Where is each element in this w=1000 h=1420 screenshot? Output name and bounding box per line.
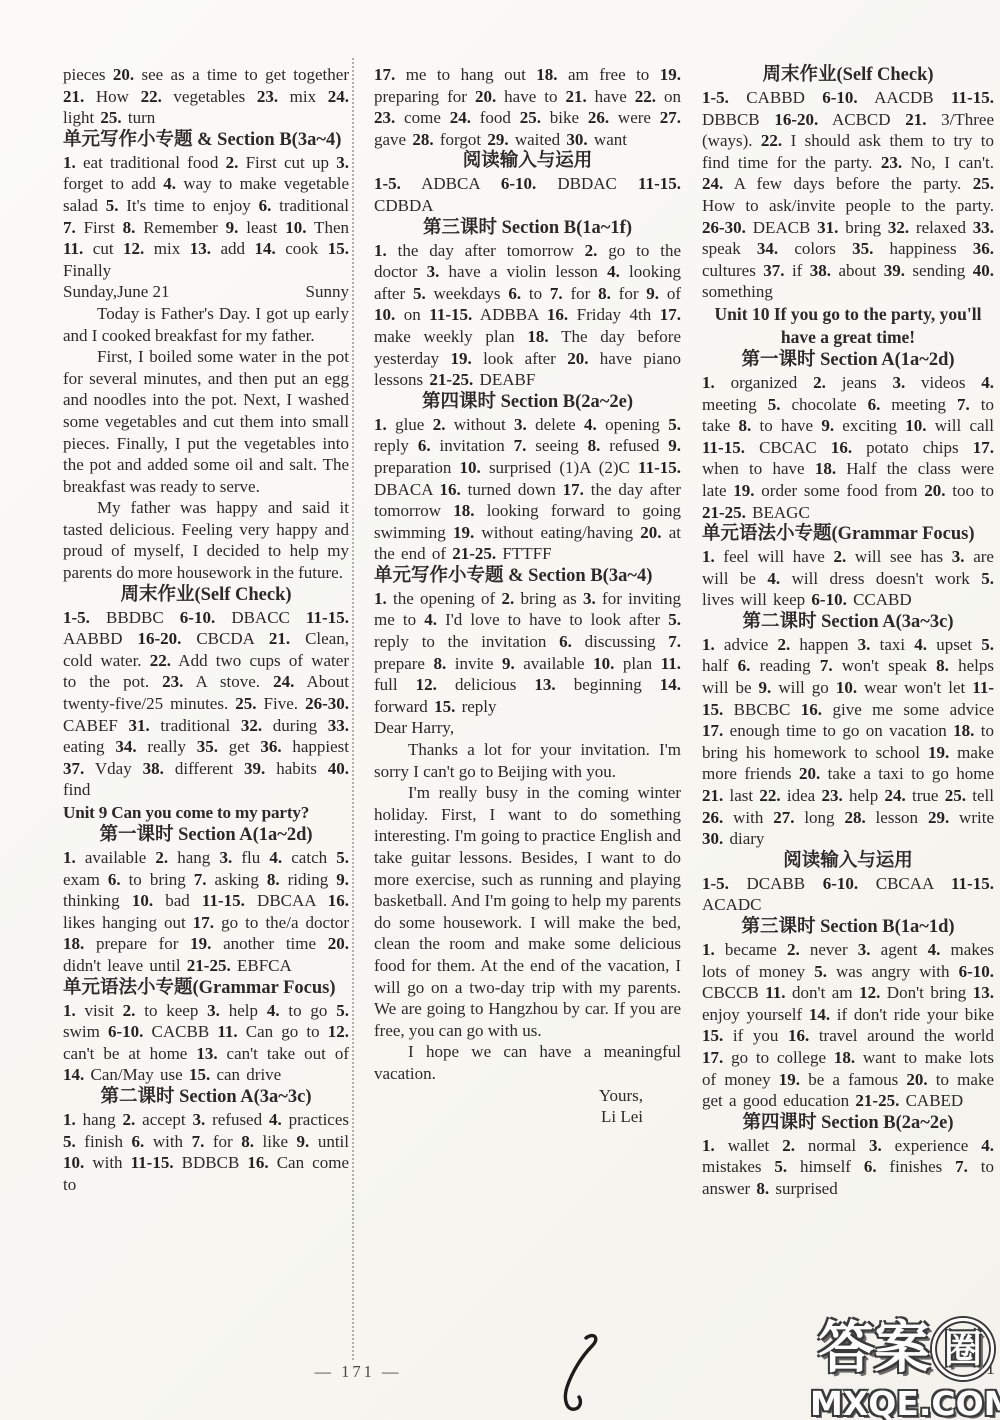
watermark-text: 答案	[818, 1319, 930, 1379]
diary-paragraph: My father was happy and said it tasted d…	[63, 497, 349, 583]
writing-topic-heading: 单元写作小专题 & Section B(3a~4)	[374, 565, 681, 588]
lesson4-answers: 1. glue 2. without 3. delete 4. opening …	[374, 414, 681, 565]
writing-topic-heading: 单元写作小专题 & Section B(3a~4)	[63, 129, 349, 152]
left-column: pieces 20. see as a time to get together…	[63, 64, 349, 1195]
right-column: 周末作业(Self Check)1-5. CABBD 6-10. AACDB 1…	[702, 64, 994, 1200]
writing-answers: 1. the opening of 2. bring as 3. for inv…	[374, 588, 681, 718]
dateline-weather: Sunny	[306, 281, 349, 303]
middle-column: 17. me to hang out 18. am free to 19. pr…	[374, 64, 681, 1128]
lesson3-answers: 1. the day after tomorrow 2. go to the d…	[374, 240, 681, 391]
weekend-homework-answers: 1-5. BBDBC 6-10. DBACC 11-15. AABBD 16-2…	[63, 607, 349, 801]
grammar-focus-answers: 1. visit 2. to keep 3. help 4. to go 5. …	[63, 1000, 349, 1086]
lesson3-heading: 第三课时 Section B(1a~1f)	[374, 217, 681, 240]
watermark-logo: 答案圈	[810, 1318, 1000, 1380]
lesson1-answers: 1. available 2. hang 3. flu 4. catch 5. …	[63, 847, 349, 977]
lesson2-heading: 第二课时 Section A(3a~3c)	[702, 611, 994, 634]
lesson4-heading: 第四课时 Section B(2a~2e)	[374, 391, 681, 414]
dateline-date: Sunday,June 21	[63, 281, 170, 303]
reading-answers: 1-5. ADBCA 6-10. DBDAC 11-15. CDBDA	[374, 173, 681, 216]
column-separator	[352, 58, 354, 1360]
diary-dateline: Sunday,June 21Sunny	[63, 281, 349, 303]
lesson2-answers: 1. advice 2. happen 3. taxi 4. upset 5. …	[702, 634, 994, 850]
lesson1-heading: 第一课时 Section A(1a~2d)	[63, 824, 349, 847]
grammar-focus-answers: 1. feel will have 2. will see has 3. are…	[702, 546, 994, 611]
answers-continued: 17. me to hang out 18. am free to 19. pr…	[374, 64, 681, 150]
grammar-focus-heading: 单元语法小专题(Grammar Focus)	[702, 523, 994, 546]
unit10-title: Unit 10 If you go to the party, you'll h…	[702, 303, 994, 349]
grammar-focus-heading: 单元语法小专题(Grammar Focus)	[63, 977, 349, 1000]
lesson1-answers: 1. organized 2. jeans 3. videos 4. meeti…	[702, 372, 994, 523]
reading-answers: 1-5. DCABB 6-10. CBCAA 11-15. ACADC	[702, 873, 994, 916]
lesson4-answers: 1. wallet 2. normal 3. experience 4. mis…	[702, 1135, 994, 1200]
writing-answers: 1. eat traditional food 2. First cut up …	[63, 152, 349, 282]
diary-paragraph: Today is Father's Day. I got up early an…	[63, 303, 349, 346]
watermark: 答案圈 MXQE.COM	[810, 1318, 1000, 1420]
scanned-answer-page: pieces 20. see as a time to get together…	[0, 0, 1000, 1420]
lesson3-answers: 1. became 2. never 3. agent 4. makes lot…	[702, 939, 994, 1112]
unit9-title: Unit 9 Can you come to my party?	[63, 801, 349, 824]
lesson4-heading: 第四课时 Section B(2a~2e)	[702, 1112, 994, 1135]
letter-paragraph: I hope we can have a meaningful vacation…	[374, 1041, 681, 1084]
lesson1-heading: 第一课时 Section A(1a~2d)	[702, 349, 994, 372]
weekend-homework-heading: 周末作业(Self Check)	[63, 584, 349, 607]
letter-paragraph: Thanks a lot for your invitation. I'm so…	[374, 739, 681, 782]
lesson3-heading: 第三课时 Section B(1a~1d)	[702, 916, 994, 939]
handwritten-mark	[548, 1332, 612, 1420]
letter-paragraph: I'm really busy in the coming winter hol…	[374, 782, 681, 1041]
diary-paragraph: First, I boiled some water in the pot fo…	[63, 346, 349, 497]
watermark-circled-char: 圈	[932, 1318, 994, 1380]
lesson2-heading: 第二课时 Section A(3a~3c)	[63, 1086, 349, 1109]
letter-closing: Yours,	[374, 1085, 681, 1107]
watermark-site: MXQE.COM	[810, 1384, 1000, 1420]
letter-salutation: Dear Harry,	[374, 717, 681, 739]
reading-heading: 阅读输入与运用	[374, 150, 681, 173]
answers-continued: pieces 20. see as a time to get together…	[63, 64, 349, 129]
letter-signature: Li Lei	[374, 1106, 681, 1128]
weekend-homework-heading: 周末作业(Self Check)	[702, 64, 994, 87]
page-number: — 171 —	[296, 1362, 420, 1382]
reading-heading: 阅读输入与运用	[702, 850, 994, 873]
lesson2-answers: 1. hang 2. accept 3. refused 4. practice…	[63, 1109, 349, 1195]
weekend-homework-answers: 1-5. CABBD 6-10. AACDB 11-15. DBBCB 16-2…	[702, 87, 994, 303]
